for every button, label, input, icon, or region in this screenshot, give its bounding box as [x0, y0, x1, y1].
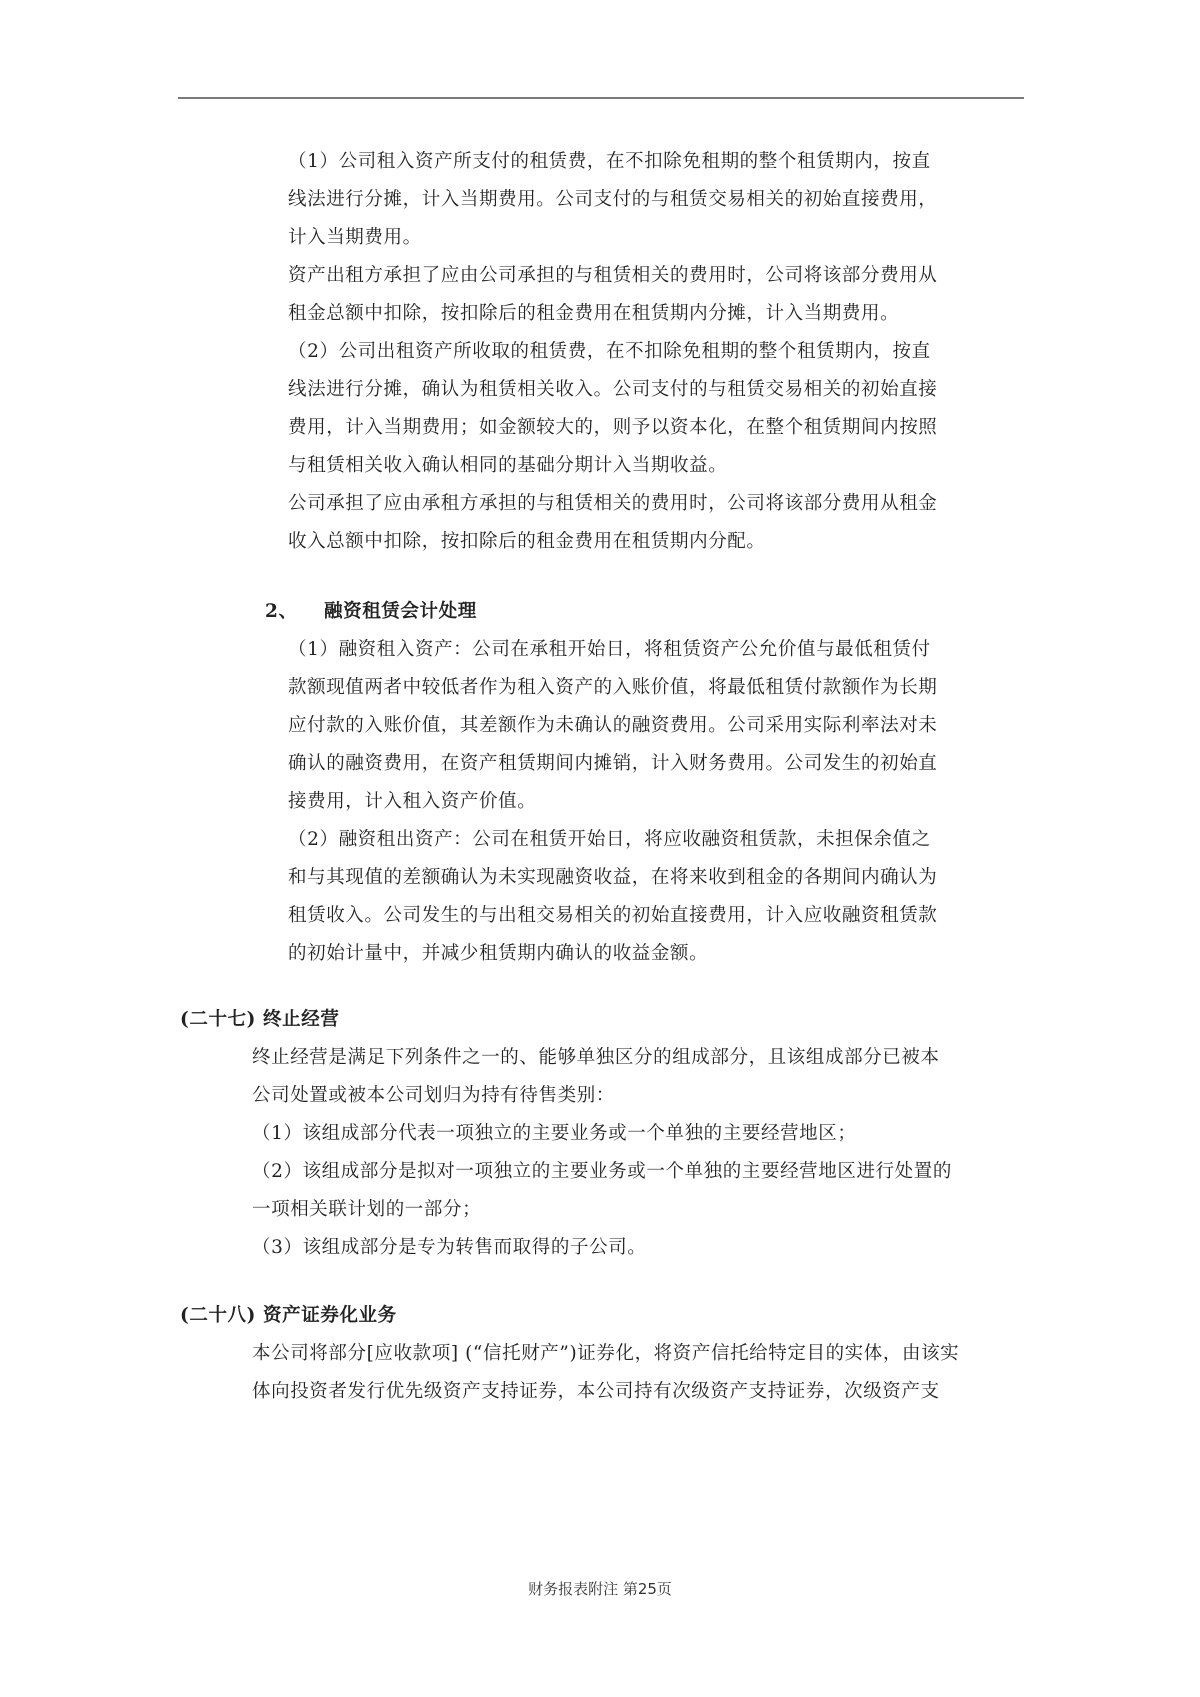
- page-footer: 财务报表附注 第25页: [0, 1578, 1200, 1599]
- paragraph-line: （1）公司租入资产所支付的租赁费，在不扣除免租期的整个租赁期内，按直: [288, 150, 931, 174]
- paragraph-line: 接费用，计入租入资产价值。: [288, 790, 536, 814]
- list-item: （2）该组成部分是拟对一项独立的主要业务或一个单独的主要经营地区进行处置的: [252, 1160, 952, 1184]
- paragraph-line: 的初始计量中，并减少租赁期内确认的收益金额。: [288, 942, 708, 966]
- section-heading: (二十八) 资产证券化业务: [180, 1304, 397, 1328]
- paragraph-line: 应付款的入账价值，其差额作为未确认的融资费用。公司采用实际利率法对未: [288, 714, 937, 738]
- paragraph-line: 和与其现值的差额确认为未实现融资收益，在将来收到租金的各期间内确认为: [288, 866, 937, 890]
- header-rule: [178, 97, 1024, 99]
- section-number: 2、: [265, 600, 298, 624]
- paragraph-line: 确认的融资费用，在资产租赁期间内摊销，计入财务费用。公司发生的初始直: [288, 752, 937, 776]
- paragraph-line: 租赁收入。公司发生的与出租交易相关的初始直接费用，计入应收融资租赁款: [288, 904, 937, 928]
- paragraph-line: （1）融资租入资产：公司在承租开始日，将租赁资产公允价值与最低租赁付: [288, 638, 931, 662]
- paragraph-line: 体向投资者发行优先级资产支持证券，本公司持有次级资产支持证券，次级资产支: [252, 1380, 940, 1404]
- paragraph-line: 收入总额中扣除，按扣除后的租金费用在租赁期内分配。: [288, 530, 766, 554]
- paragraph-line: 终止经营是满足下列条件之一的、能够单独区分的组成部分，且该组成部分已被本: [252, 1046, 940, 1070]
- paragraph-line: 公司承担了应由承租方承担的与租赁相关的费用时，公司将该部分费用从租金: [288, 492, 937, 516]
- list-item: （1）该组成部分代表一项独立的主要业务或一个单独的主要经营地区；: [252, 1122, 856, 1146]
- paragraph-line: 租金总额中扣除，按扣除后的租金费用在租赁期内分摊，计入当期费用。: [288, 302, 899, 326]
- paragraph-line: 费用，计入当期费用；如金额较大的，则予以资本化，在整个租赁期间内按照: [288, 416, 937, 440]
- paragraph-line: 计入当期费用。: [288, 226, 422, 250]
- paragraph-line: 与租赁相关收入确认相同的基础分期计入当期收益。: [288, 454, 727, 478]
- list-item-continuation: 一项相关联计划的一部分；: [252, 1198, 481, 1222]
- paragraph-line: 线法进行分摊，计入当期费用。公司支付的与租赁交易相关的初始直接费用，: [288, 188, 937, 212]
- paragraph-line: 公司处置或被本公司划归为持有待售类别：: [252, 1084, 615, 1108]
- section-heading: (二十七) 终止经营: [180, 1008, 339, 1032]
- paragraph-line: （2）融资租出资产：公司在租赁开始日，将应收融资租赁款，未担保余值之: [288, 828, 931, 852]
- section-title: 融资租赁会计处理: [324, 600, 477, 624]
- paragraph-line: 款额现值两者中较低者作为租入资产的入账价值，将最低租赁付款额作为长期: [288, 676, 937, 700]
- paragraph-line: （2）公司出租资产所收取的租赁费，在不扣除免租期的整个租赁期内，按直: [288, 340, 931, 364]
- paragraph-line: 本公司将部分[应收款项] (“信托财产”)证券化，将资产信托给特定目的实体，由该…: [252, 1342, 959, 1366]
- paragraph-line: 资产出租方承担了应由公司承担的与租赁相关的费用时，公司将该部分费用从: [288, 264, 937, 288]
- paragraph-line: 线法进行分摊，确认为租赁相关收入。公司支付的与租赁交易相关的初始直接: [288, 378, 937, 402]
- list-item: （3）该组成部分是专为转售而取得的子公司。: [252, 1236, 646, 1260]
